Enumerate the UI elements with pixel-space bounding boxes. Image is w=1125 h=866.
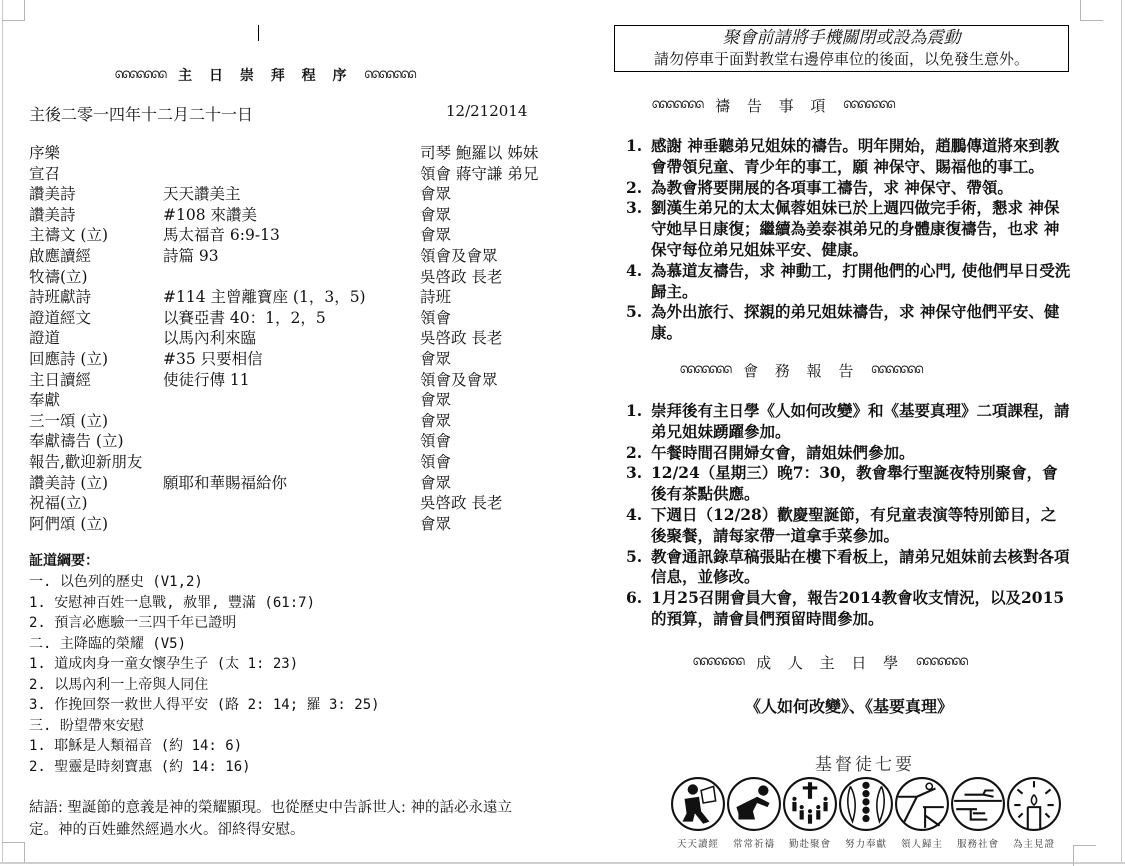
essential-label: 服務社會 bbox=[957, 836, 999, 850]
program-item: 序樂 bbox=[29, 143, 163, 164]
item-number: 4. bbox=[626, 261, 651, 303]
ornament-right: ᘏᘏᘏᘏᘏᘏᘏ bbox=[364, 70, 415, 81]
announcement-item: 5.教會通訊錄草稿張貼在樓下看板上，請弟兄姐妹前去核對各項信息，並修改。 bbox=[626, 547, 1071, 589]
seven-essentials-graphic: 基督徒七要 天天讀經常常祈禱勤赴聚會努力奉獻領人歸主服務社會為主見證 bbox=[670, 750, 1070, 850]
program-content bbox=[163, 267, 420, 288]
item-text: 12/24（星期三）晚7：30，教會舉行聖誕夜特別聚會，會後有茶點供應。 bbox=[651, 463, 1071, 505]
program-row: 詩班獻詩#114 主曾離寶座 (1，3，5)詩班 bbox=[29, 287, 549, 308]
program-row: 啟應讀經詩篇 93領會及會眾 bbox=[29, 246, 549, 267]
phone-notice: 聚會前請將手機關閉或設為震動 bbox=[615, 27, 1068, 49]
program-leader: 領會及會眾 bbox=[420, 246, 549, 267]
program-row: 阿們頌 (立)會眾 bbox=[29, 514, 549, 535]
program-content: 以賽亞書 40：1，2，5 bbox=[163, 308, 420, 329]
sunday-school-title: ᘏᘏᘏᘏᘏᘏᘏ 成 人 主 日 學 ᘏᘏᘏᘏᘏᘏᘏ bbox=[693, 652, 967, 673]
outline-heading: 証道綱要： bbox=[29, 551, 380, 571]
essential-3: 勤赴聚會 bbox=[782, 776, 838, 850]
announcements-section-title: ᘏᘏᘏᘏᘏᘏᘏ 會 務 報 告 ᘏᘏᘏᘏᘏᘏᘏ bbox=[680, 360, 923, 381]
program-item: 阿們頌 (立) bbox=[29, 514, 163, 535]
program-content bbox=[163, 452, 420, 473]
program-item: 牧禱(立) bbox=[29, 267, 163, 288]
page-edge-bottom bbox=[0, 862, 1125, 864]
worship-program-title: ᘏᘏᘏᘏᘏᘏᘏ 主 日 崇 拜 程 序 ᘏᘏᘏᘏᘏᘏᘏ bbox=[115, 65, 416, 85]
parking-notice: 請勿停車于面對教堂右邊停車位的後面，以免發生意外。 bbox=[615, 49, 1068, 69]
program-content bbox=[163, 164, 420, 185]
crop-mark-top-left bbox=[2, 0, 25, 21]
program-content bbox=[163, 493, 420, 514]
page-edge-left bbox=[2, 0, 3, 863]
sermon-outline: 証道綱要： 一. 以色列的歷史 (V1,2)1. 安慰神百姓一息戰, 赦罪, 豐… bbox=[29, 551, 380, 777]
program-item: 詩班獻詩 bbox=[29, 287, 163, 308]
program-content: 天天讚美主 bbox=[163, 184, 420, 205]
item-text: 下週日（12/28）歡慶聖誕節，有兒童表演等特別節目，之後聚餐，請每家帶一道拿手… bbox=[651, 505, 1071, 547]
program-item: 讚美詩 (立) bbox=[29, 473, 163, 494]
item-text: 為慕道友禱告，求 神動工，打開他們的心門, 使他們早日受洗歸主。 bbox=[651, 261, 1071, 303]
title-text: 會 務 報 告 bbox=[743, 360, 859, 381]
ornament-right: ᘏᘏᘏᘏᘏᘏᘏ bbox=[843, 100, 894, 111]
program-content: 願耶和華賜福給你 bbox=[163, 473, 420, 494]
program-leader: 領會 bbox=[420, 308, 549, 329]
essential-2: 常常祈禱 bbox=[726, 776, 782, 850]
program-content: #35 只要相信 bbox=[163, 349, 420, 370]
program-content: 馬太福音 6:9-13 bbox=[163, 225, 420, 246]
program-item: 讚美詩 bbox=[29, 205, 163, 226]
item-number: 5. bbox=[626, 302, 651, 344]
essential-6: 服務社會 bbox=[950, 776, 1006, 850]
date-chinese: 主後二零一四年十二月二十一日 bbox=[29, 102, 253, 125]
program-row: 回應詩 (立)#35 只要相信會眾 bbox=[29, 349, 549, 370]
program-content: 以馬內利來臨 bbox=[163, 328, 420, 349]
ornament-right: ᘏᘏᘏᘏᘏᘏᘏ bbox=[871, 365, 922, 376]
item-text: 崇拜後有主日學《人如何改變》和《基要真理》二項課程，請弟兄姐妹踴躍參加。 bbox=[651, 401, 1071, 443]
program-row: 奉獻會眾 bbox=[29, 390, 549, 411]
program-leader: 詩班 bbox=[420, 287, 549, 308]
outline-line: 1. 安慰神百姓一息戰, 赦罪, 豐滿 (61:7) bbox=[29, 593, 380, 614]
sermon-conclusion: 結語: 聖誕節的意義是神的榮耀顯現。也從歷史中告訴世人: 神的話必永遠立定。神的… bbox=[29, 797, 529, 841]
item-number: 4. bbox=[626, 505, 651, 547]
item-text: 午餐時間召開婦女會，請姐妹們參加。 bbox=[651, 443, 1071, 464]
program-item: 祝福(立) bbox=[29, 493, 163, 514]
prayer-list: 1.感謝 神垂聽弟兄姐妹的禱告。明年開始，趙鵬傳道將來到教會帶領兒童、青少年的事… bbox=[626, 136, 1071, 344]
program-item: 三一頌 (立) bbox=[29, 411, 163, 432]
outline-line: 1. 道成肉身一童女懷孕生子 (太 1: 23) bbox=[29, 654, 380, 675]
program-row: 報告,歡迎新朋友領會 bbox=[29, 452, 549, 473]
sunday-school-books: 《人如何改變》、《基要真理》 bbox=[745, 694, 953, 717]
item-number: 3. bbox=[626, 463, 651, 505]
program-content: #114 主曾離寶座 (1，3，5) bbox=[163, 287, 420, 308]
essential-label: 努力奉獻 bbox=[845, 836, 887, 850]
program-leader: 會眾 bbox=[420, 390, 549, 411]
church-gathering-icon bbox=[782, 776, 838, 832]
program-leader: 會眾 bbox=[420, 411, 549, 432]
prayer-item: 4.為慕道友禱告，求 神動工，打開他們的心門, 使他們早日受洗歸主。 bbox=[626, 261, 1071, 303]
item-text: 劉漢生弟兄的太太佩蓉姐妹已於上週四做完手術，懇求 神保守她早日康復；繼續為姜泰祺… bbox=[651, 198, 1071, 260]
item-text: 為教會將要開展的各項事工禱告，求 神保守、帶領。 bbox=[651, 178, 1071, 199]
leading-people-icon bbox=[894, 776, 950, 832]
item-number: 1. bbox=[626, 136, 651, 178]
essential-label: 勤赴聚會 bbox=[789, 836, 831, 850]
outline-line: 一. 以色列的歷史 (V1,2) bbox=[29, 572, 380, 593]
announcement-item: 1.崇拜後有主日學《人如何改變》和《基要真理》二項課程，請弟兄姐妹踴躍參加。 bbox=[626, 401, 1071, 443]
item-number: 5. bbox=[626, 547, 651, 589]
item-number: 3. bbox=[626, 198, 651, 260]
notice-box: 聚會前請將手機關閉或設為震動 請勿停車于面對教堂右邊停車位的後面，以免發生意外。 bbox=[614, 25, 1069, 72]
announcement-item: 2.午餐時間召開婦女會，請姐妹們參加。 bbox=[626, 443, 1071, 464]
title-text: 禱 告 事 項 bbox=[715, 95, 831, 116]
fish-offering-icon bbox=[838, 776, 894, 832]
program-item: 奉獻禱告 (立) bbox=[29, 431, 163, 452]
program-item: 啟應讀經 bbox=[29, 246, 163, 267]
item-text: 為外出旅行、探親的弟兄姐妹禱告，求 神保守他們平安、健康。 bbox=[651, 302, 1071, 344]
program-leader: 司琴 鮑羅以 姊妹 bbox=[420, 143, 549, 164]
date-numeric: 12/212014 bbox=[446, 102, 527, 120]
essential-4: 努力奉獻 bbox=[838, 776, 894, 850]
program-leader: 會眾 bbox=[420, 349, 549, 370]
essential-label: 天天讀經 bbox=[677, 836, 719, 850]
program-row: 主禱文 (立)馬太福音 6:9-13會眾 bbox=[29, 225, 549, 246]
announcements-list: 1.崇拜後有主日學《人如何改變》和《基要真理》二項課程，請弟兄姐妹踴躍參加。2.… bbox=[626, 401, 1071, 630]
program-leader: 會眾 bbox=[420, 514, 549, 535]
prayer-item: 5.為外出旅行、探親的弟兄姐妹禱告，求 神保守他們平安、健康。 bbox=[626, 302, 1071, 344]
item-text: 感謝 神垂聽弟兄姐妹的禱告。明年開始，趙鵬傳道將來到教會帶領兒童、青少年的事工，… bbox=[651, 136, 1071, 178]
program-content bbox=[163, 143, 420, 164]
ornament-left: ᘏᘏᘏᘏᘏᘏᘏ bbox=[652, 100, 703, 111]
essential-1: 天天讀經 bbox=[670, 776, 726, 850]
page-edge-right bbox=[1121, 0, 1122, 863]
prayer-item: 3.劉漢生弟兄的太太佩蓉姐妹已於上週四做完手術，懇求 神保守她早日康復；繼續為姜… bbox=[626, 198, 1071, 260]
program-row: 宣召領會 蔣守謙 弟兄 bbox=[29, 164, 549, 185]
program-row: 讚美詩天天讚美主會眾 bbox=[29, 184, 549, 205]
announcement-item: 3.12/24（星期三）晚7：30，教會舉行聖誕夜特別聚會，會後有茶點供應。 bbox=[626, 463, 1071, 505]
program-content bbox=[163, 514, 420, 535]
program-item: 讚美詩 bbox=[29, 184, 163, 205]
item-text: 1月25召開會員大會，報告2014教會收支情況，以及2015的預算，請會員們預留… bbox=[651, 588, 1071, 630]
prayer-section-title: ᘏᘏᘏᘏᘏᘏᘏ 禱 告 事 項 ᘏᘏᘏᘏᘏᘏᘏ bbox=[652, 95, 895, 116]
program-row: 牧禱(立)吳啓政 長老 bbox=[29, 267, 549, 288]
program-content bbox=[163, 390, 420, 411]
program-item: 主日讀經 bbox=[29, 370, 163, 391]
essential-label: 常常祈禱 bbox=[733, 836, 775, 850]
prayer-item: 2.為教會將要開展的各項事工禱告，求 神保守、帶領。 bbox=[626, 178, 1071, 199]
program-leader: 領會及會眾 bbox=[420, 370, 549, 391]
outline-line: 三. 盼望帶來安慰 bbox=[29, 716, 380, 737]
program-row: 奉獻禱告 (立)領會 bbox=[29, 431, 549, 452]
program-leader: 會眾 bbox=[420, 205, 549, 226]
program-leader: 會眾 bbox=[420, 225, 549, 246]
program-row: 讚美詩#108 來讚美會眾 bbox=[29, 205, 549, 226]
title-text: 主 日 崇 拜 程 序 bbox=[178, 65, 352, 85]
program-row: 序樂司琴 鮑羅以 姊妹 bbox=[29, 143, 549, 164]
prayer-item: 1.感謝 神垂聽弟兄姐妹的禱告。明年開始，趙鵬傳道將來到教會帶領兒童、青少年的事… bbox=[626, 136, 1071, 178]
program-content: #108 來讚美 bbox=[163, 205, 420, 226]
text-cursor bbox=[258, 25, 259, 41]
program-row: 祝福(立)吳啓政 長老 bbox=[29, 493, 549, 514]
item-text: 教會通訊錄草稿張貼在樓下看板上，請弟兄姐妹前去核對各項信息，並修改。 bbox=[651, 547, 1071, 589]
outline-line: 3. 作挽回祭一救世人得平安 (路 2: 14; 羅 3: 25) bbox=[29, 695, 380, 716]
program-leader: 會眾 bbox=[420, 184, 549, 205]
program-leader: 吳啓政 長老 bbox=[420, 328, 549, 349]
program-item: 奉獻 bbox=[29, 390, 163, 411]
program-leader: 會眾 bbox=[420, 473, 549, 494]
program-leader: 領會 bbox=[420, 452, 549, 473]
program-item: 回應詩 (立) bbox=[29, 349, 163, 370]
item-number: 6. bbox=[626, 588, 651, 630]
program-row: 三一頌 (立)會眾 bbox=[29, 411, 549, 432]
candle-witness-icon bbox=[1006, 776, 1062, 832]
program-leader: 領會 蔣守謙 弟兄 bbox=[420, 164, 549, 185]
program-item: 主禱文 (立) bbox=[29, 225, 163, 246]
ornament-left: ᘏᘏᘏᘏᘏᘏᘏ bbox=[115, 70, 166, 81]
praying-icon bbox=[726, 776, 782, 832]
seven-essentials-title: 基督徒七要 bbox=[660, 750, 1070, 774]
program-row: 讚美詩 (立)願耶和華賜福給你會眾 bbox=[29, 473, 549, 494]
program-leader: 領會 bbox=[420, 431, 549, 452]
outline-line: 2. 預言必應驗一三四千年已證明 bbox=[29, 613, 380, 634]
program-row: 證道經文以賽亞書 40：1，2，5領會 bbox=[29, 308, 549, 329]
ornament-left: ᘏᘏᘏᘏᘏᘏᘏ bbox=[680, 365, 731, 376]
crop-mark-bottom-left bbox=[2, 842, 25, 863]
program-content: 詩篇 93 bbox=[163, 246, 420, 267]
program-content bbox=[163, 431, 420, 452]
outline-line: 2. 聖靈是時刻寶惠 (約 14: 16) bbox=[29, 757, 380, 778]
crop-mark-top-right bbox=[1080, 0, 1103, 21]
essential-5: 領人歸主 bbox=[894, 776, 950, 850]
program-item: 證道經文 bbox=[29, 308, 163, 329]
outline-line: 2. 以馬內利一上帝與人同住 bbox=[29, 675, 380, 696]
ornament-left: ᘏᘏᘏᘏᘏᘏᘏ bbox=[693, 657, 744, 668]
item-number: 2. bbox=[626, 178, 651, 199]
item-number: 2. bbox=[626, 443, 651, 464]
crop-mark-bottom-right bbox=[1073, 845, 1096, 866]
ornament-right: ᘏᘏᘏᘏᘏᘏᘏ bbox=[916, 657, 967, 668]
program-content: 使徒行傳 11 bbox=[163, 370, 420, 391]
reading-bible-icon bbox=[670, 776, 726, 832]
program-row: 主日讀經使徒行傳 11領會及會眾 bbox=[29, 370, 549, 391]
worship-program-list: 序樂司琴 鮑羅以 姊妹宣召領會 蔣守謙 弟兄讚美詩天天讚美主會眾讚美詩#108 … bbox=[29, 143, 549, 534]
announcement-item: 4.下週日（12/28）歡慶聖誕節，有兒童表演等特別節目，之後聚餐，請每家帶一道… bbox=[626, 505, 1071, 547]
program-item: 宣召 bbox=[29, 164, 163, 185]
program-leader: 吳啓政 長老 bbox=[420, 267, 549, 288]
essential-label: 為主見證 bbox=[1013, 836, 1055, 850]
essential-7: 為主見證 bbox=[1006, 776, 1062, 850]
serving-hands-icon bbox=[950, 776, 1006, 832]
title-text: 成 人 主 日 學 bbox=[756, 652, 904, 673]
program-row: 證道以馬內利來臨吳啓政 長老 bbox=[29, 328, 549, 349]
outline-line: 二. 主降臨的榮耀 (V5) bbox=[29, 634, 380, 655]
announcement-item: 6.1月25召開會員大會，報告2014教會收支情況，以及2015的預算，請會員們… bbox=[626, 588, 1071, 630]
outline-line: 1. 耶穌是人類福音 (約 14: 6) bbox=[29, 736, 380, 757]
program-leader: 吳啓政 長老 bbox=[420, 493, 549, 514]
program-content bbox=[163, 411, 420, 432]
item-number: 1. bbox=[626, 401, 651, 443]
program-item: 證道 bbox=[29, 328, 163, 349]
essential-label: 領人歸主 bbox=[901, 836, 943, 850]
program-item: 報告,歡迎新朋友 bbox=[29, 452, 163, 473]
